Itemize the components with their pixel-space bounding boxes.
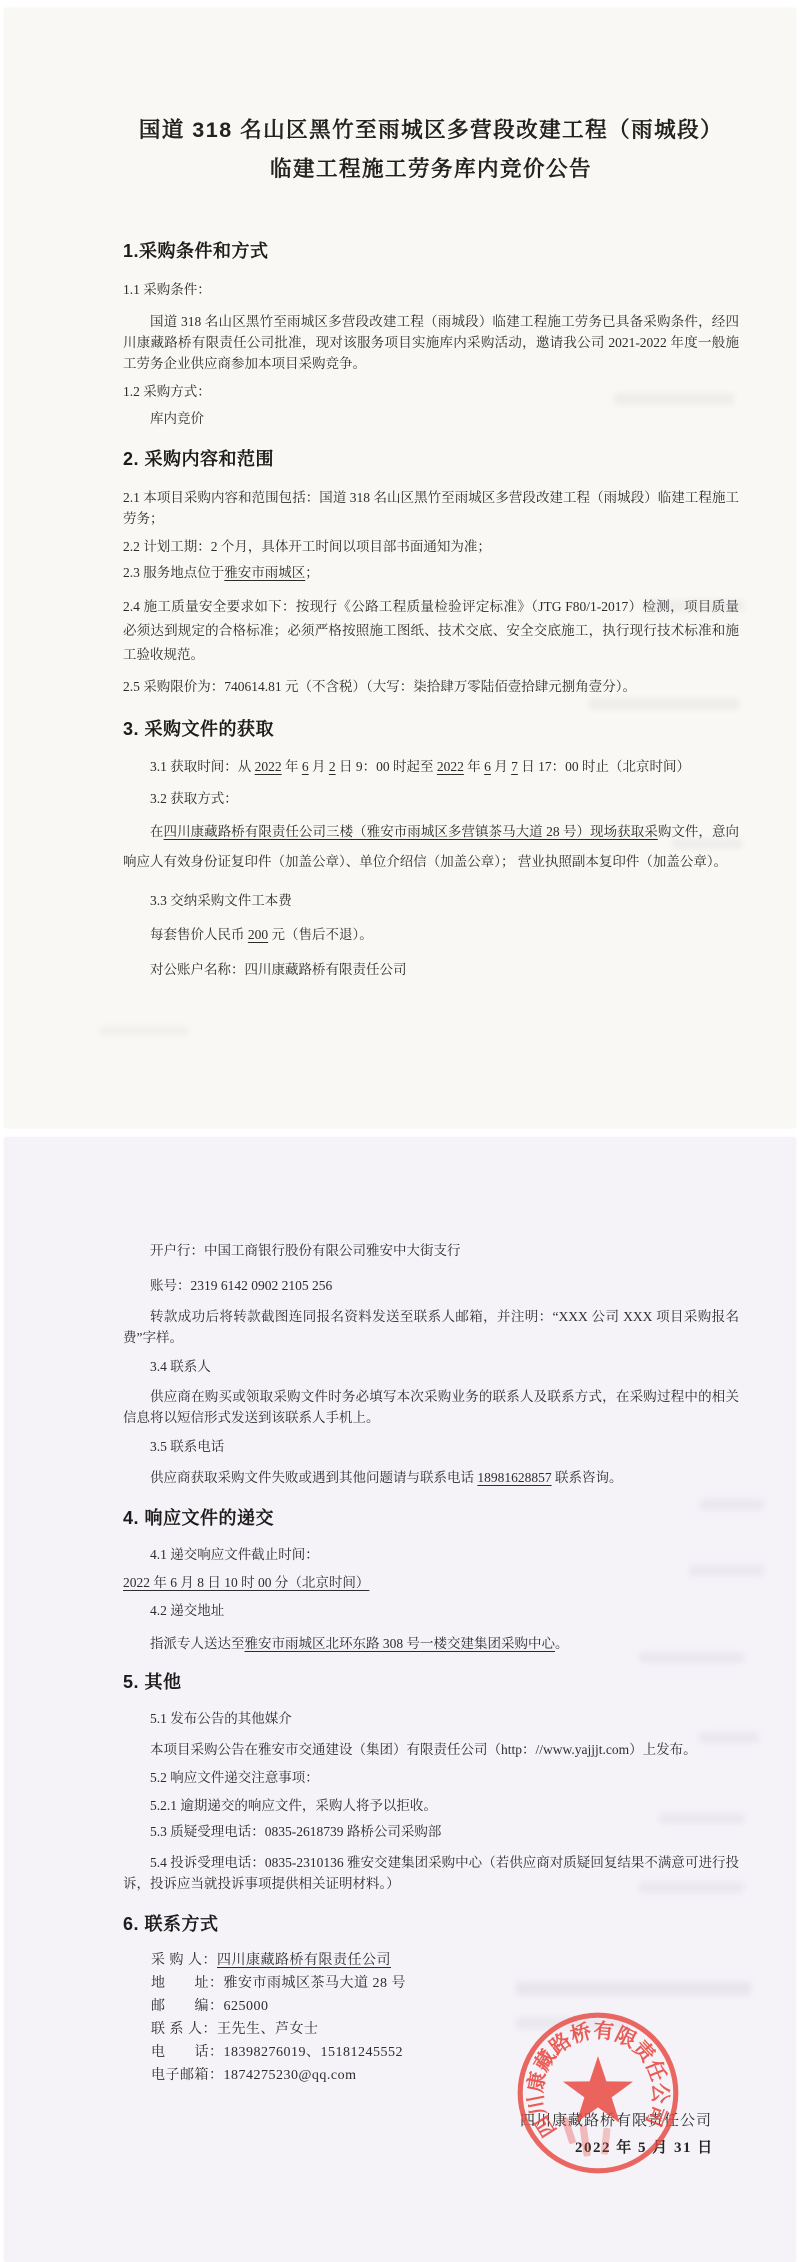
bank-name: 开户行：中国工商银行股份有限公司雅安中大街支行 (123, 1241, 739, 1261)
clause-1-1-body: 国道 318 名山区黑竹至雨城区多营段改建工程（雨城段）临建工程施工劳务已具备采… (123, 311, 739, 374)
submission-deadline: 2022 年 6 月 8 日 10 时 00 分（北京时间） (123, 1573, 739, 1593)
contact-address: 地 址：雅安市雨城区茶马大道 28 号 (123, 1972, 739, 1995)
clause-4-1: 4.1 递交响应文件截止时间： (123, 1545, 739, 1565)
document-page-1: 国道 318 名山区黑竹至雨城区多营段改建工程（雨城段）临建工程施工劳务库内竞价… (4, 8, 796, 1128)
scan-artifact (99, 1026, 189, 1036)
clause-3-4: 3.4 联系人 (123, 1357, 739, 1377)
section-1-heading: 1.采购条件和方式 (123, 239, 739, 264)
contact-person: 联 系 人：王先生、芦女士 (123, 2018, 739, 2041)
page-1-content: 国道 318 名山区黑竹至雨城区多营段改建工程（雨城段）临建工程施工劳务库内竞价… (123, 8, 739, 980)
clause-5-2: 5.2 响应文件递交注意事项： (123, 1768, 739, 1788)
clause-3-2-body: 在四川康藏路桥有限责任公司三楼（雅安市雨城区多营镇茶马大道 28 号）现场获取采… (123, 817, 739, 877)
clause-3-4-body: 供应商在购买或领取采购文件时务必填写本次采购业务的联系人及联系方式，在采购过程中… (123, 1386, 739, 1428)
document-title-line-2: 临建工程施工劳务库内竞价公告 (123, 150, 739, 189)
clause-2-4: 2.4 施工质量安全要求如下：按现行《公路工程质量检验评定标准》（JTG F80… (123, 595, 739, 667)
page-2-content: 开户行：中国工商银行股份有限公司雅安中大街支行账号：2319 6142 0902… (123, 1137, 739, 2087)
signature-company-name: 四川康藏路桥有限责任公司 (520, 2109, 712, 2130)
document-title-line-1: 国道 318 名山区黑竹至雨城区多营段改建工程（雨城段） (123, 111, 739, 150)
section-2-heading: 2. 采购内容和范围 (123, 447, 739, 472)
bank-account-number: 账号：2319 6142 0902 2105 256 (123, 1276, 739, 1296)
section-4-heading: 4. 响应文件的递交 (123, 1506, 739, 1531)
section-6-heading: 6. 联系方式 (123, 1912, 739, 1937)
clause-3-3: 3.3 交纳采购文件工本费 (123, 891, 739, 911)
clause-2-3: 2.3 服务地点位于雅安市雨城区； (123, 563, 739, 583)
section-3-heading: 3. 采购文件的获取 (123, 717, 739, 742)
clause-3-1: 3.1 获取时间：从 2022 年 6 月 2 日 9：00 时起至 2022 … (123, 756, 739, 777)
document-page-2: 开户行：中国工商银行股份有限公司雅安中大街支行账号：2319 6142 0902… (4, 1137, 796, 2262)
clause-2-1: 2.1 本项目采购内容和范围包括：国道 318 名山区黑竹至雨城区多营段改建工程… (123, 487, 739, 529)
clause-3-5: 3.5 联系电话 (123, 1437, 739, 1457)
clause-2-2: 2.2 计划工期：2 个月，具体开工时间以项目部书面通知为准； (123, 537, 739, 557)
account-name: 对公账户名称：四川康藏路桥有限责任公司 (123, 960, 739, 980)
contact-phone: 电 话：18398276019、15181245552 (123, 2041, 739, 2064)
contact-email: 电子邮箱：1874275230@qq.com (123, 2064, 739, 2087)
clause-1-2-body: 库内竞价 (123, 409, 739, 429)
clause-2-5: 2.5 采购限价为：740614.81 元（不含税）（大写：柒拾肆万零陆佰壹拾肆… (123, 677, 739, 697)
contact-postcode: 邮 编：625000 (123, 1995, 739, 2018)
section-5-heading: 5. 其他 (123, 1670, 739, 1695)
transfer-note: 转款成功后将转款截图连同报名资料发送至联系人邮箱，并注明：“XXX 公司 XXX… (123, 1306, 739, 1348)
clause-4-2-body: 指派专人送达至雅安市雨城区北环东路 308 号一楼交建集团采购中心。 (123, 1633, 739, 1654)
clause-5-4: 5.4 投诉受理电话：0835-2310136 雅安交建集团采购中心（若供应商对… (123, 1852, 739, 1894)
clause-1-1: 1.1 采购条件： (123, 280, 739, 300)
clause-4-2: 4.2 递交地址 (123, 1601, 739, 1621)
contact-purchaser: 采 购 人：四川康藏路桥有限责任公司 (123, 1949, 739, 1972)
clause-5-3: 5.3 质疑受理电话：0835-2618739 路桥公司采购部 (123, 1822, 739, 1842)
signature-date: 2022 年 5 月 31 日 (575, 2136, 714, 2157)
clause-3-5-body: 供应商获取采购文件失败或遇到其他问题请与联系电话 18981628857 联系咨… (123, 1467, 739, 1488)
clause-5-1: 5.1 发布公告的其他媒介 (123, 1709, 739, 1729)
document-fee: 每套售价人民币 200 元（售后不退）。 (123, 925, 739, 945)
clause-5-2-1: 5.2.1 逾期递交的响应文件，采购人将予以拒收。 (123, 1796, 739, 1816)
clause-1-2: 1.2 采购方式： (123, 382, 739, 402)
clause-3-2: 3.2 获取方式： (123, 789, 739, 809)
clause-5-1-body: 本项目采购公告在雅安市交通建设（集团）有限责任公司（http：//www.yaj… (123, 1739, 739, 1760)
